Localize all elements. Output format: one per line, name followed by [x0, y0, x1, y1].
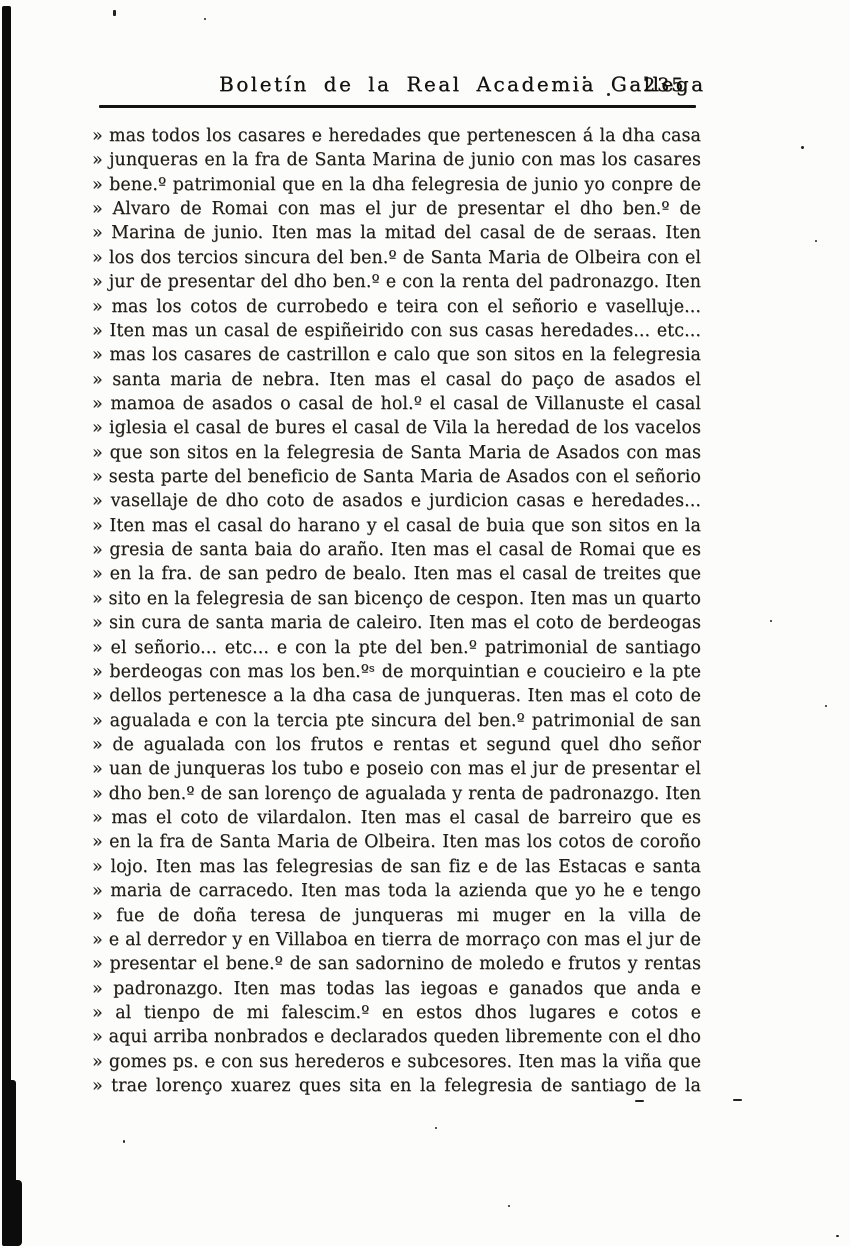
text-line: » padronazgo. Iten mas todas las iegoas … [92, 977, 701, 1001]
text-line: » fue de doña teresa de junqueras mi mug… [92, 904, 701, 928]
scan-speck [733, 1099, 742, 1101]
text-line: » Iten mas un casal de espiñeirido con s… [92, 319, 701, 343]
text-line: » aqui arriba nonbrados e declarados que… [92, 1025, 701, 1049]
text-line: » al tienpo de mi falescim.º en estos dh… [92, 1001, 701, 1025]
text-line: » vasellaje de dho coto de asados e jurd… [92, 489, 701, 513]
text-line: » lojo. Iten mas las felegresias de san … [92, 855, 701, 879]
text-line: » sesta parte del beneficio de Santa Mar… [92, 465, 701, 489]
text-line: » en la fra de Santa Maria de Olbeira. I… [92, 830, 701, 854]
text-line: » mas los cotos de currobedo e teira con… [92, 295, 701, 319]
text-line: » santa maria de nebra. Iten mas el casa… [92, 368, 701, 392]
scan-speck [836, 1235, 839, 1237]
text-line: » Iten mas el casal do harano y el casal… [92, 514, 701, 538]
scan-speck [815, 240, 817, 242]
body-text: » mas todos los casares e heredades que … [92, 124, 701, 1098]
text-line: » mas los casares de castrillon e calo q… [92, 343, 701, 367]
scan-speck [635, 1100, 644, 1102]
text-line: » trae lorenço xuarez ques sita en la fe… [92, 1074, 701, 1098]
text-line: » mamoa de asados o casal de hol.º el ca… [92, 392, 701, 416]
text-line: » e al derredor y en Villaboa en tierra … [92, 928, 701, 952]
text-line: » sito en la felegresia de san bicenço d… [92, 587, 701, 611]
text-line: » presentar el bene.º de san sadornino d… [92, 952, 701, 976]
scan-gutter-strip [2, 1180, 22, 1246]
text-line: » mas todos los casares e heredades que … [92, 124, 701, 148]
text-line: » gresia de santa baia do araño. Iten ma… [92, 538, 701, 562]
text-line: » Marina de junio. Iten mas la mitad del… [92, 221, 701, 245]
text-line: » dellos pertenesce a la dha casa de jun… [92, 684, 701, 708]
scan-gutter-strip [2, 6, 11, 1246]
text-line: » bene.º patrimonial que en la dha feleg… [92, 173, 701, 197]
scan-speck [204, 18, 206, 20]
text-line: » dho ben.º de san lorenço de agualada y… [92, 782, 701, 806]
scan-speck [583, 76, 586, 79]
text-line: » jur de presentar del dho ben.º e con l… [92, 270, 701, 294]
scan-speck [607, 93, 610, 96]
text-line: » de agualada con los frutos e rentas et… [92, 733, 701, 757]
text-line: » que son sitos en la felegresia de Sant… [92, 441, 701, 465]
scan-speck [123, 1140, 125, 1143]
text-line: » agualada e con la tercia pte sincura d… [92, 709, 701, 733]
text-line: » maria de carracedo. Iten mas toda la a… [92, 879, 701, 903]
scanned-page: Boletín de la Real Academia Gallega 235 … [0, 0, 850, 1246]
scan-speck [508, 1205, 510, 1207]
journal-title: Boletín de la Real Academia Gallega [219, 72, 706, 96]
scan-speck [435, 1127, 437, 1129]
header-rule [99, 105, 696, 108]
text-line: » el señorio... etc... e con la pte del … [92, 636, 701, 660]
text-line: » junqueras en la fra de Santa Marina de… [92, 148, 701, 172]
text-line: » Alvaro de Romai con mas el jur de pres… [92, 197, 701, 221]
text-line: » mas el coto de vilardalon. Iten mas el… [92, 806, 701, 830]
text-line: » los dos tercios sincura del ben.º de S… [92, 246, 701, 270]
page-number: 235 [643, 74, 685, 96]
text-line: » iglesia el casal de bures el casal de … [92, 416, 701, 440]
text-line: » uan de junqueras los tubo e poseio con… [92, 757, 701, 781]
text-line: » berdeogas con mas los ben.ºˢ de morqui… [92, 660, 701, 684]
scan-speck [825, 705, 827, 707]
text-line: » gomes ps. e con sus herederos e subces… [92, 1050, 701, 1074]
text-line: » en la fra. de san pedro de bealo. Iten… [92, 562, 701, 586]
scan-speck [801, 146, 804, 149]
scan-speck [770, 620, 772, 622]
text-line: » sin cura de santa maria de caleiro. It… [92, 611, 701, 635]
scan-speck [113, 10, 116, 16]
